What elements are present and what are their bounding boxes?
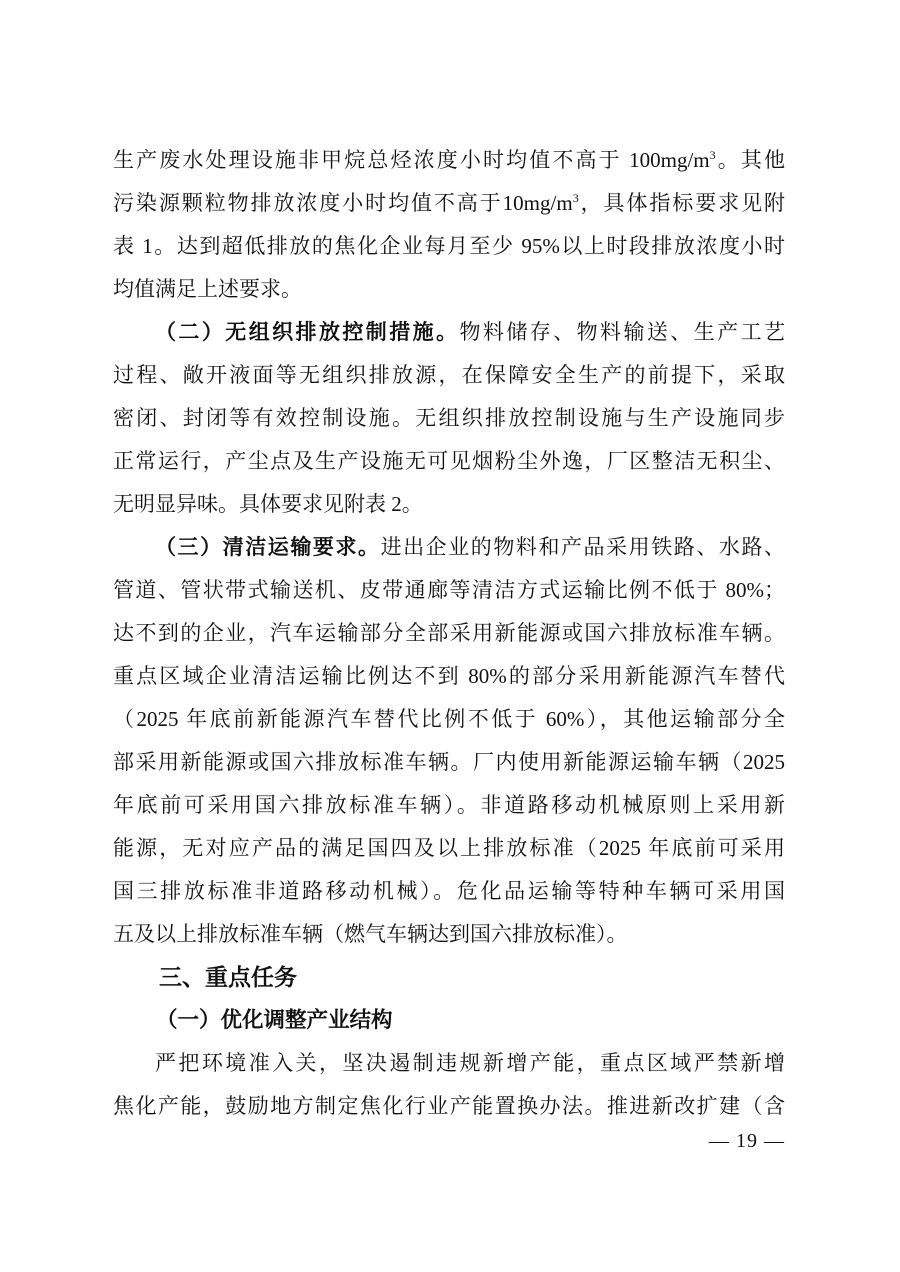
text-segment: 严把环境准入关，坚决遏制违规新增产能，重点区域严禁新增: [155, 1051, 785, 1075]
text-segment: 。其他: [716, 148, 785, 172]
text-line: 国三排放标准非道路移动机械）。危化品运输等特种车辆可采用国: [113, 870, 785, 913]
text-segment: 生产废水处理设施非甲烷总烃浓度小时均值不高于 100mg/m: [113, 148, 710, 172]
text-line: 密闭、封闭等有效控制设施。无组织排放控制设施与生产设施同步: [113, 397, 785, 440]
text-line: 年底前可采用国六排放标准车辆）。非道路移动机械原则上采用新: [113, 784, 785, 827]
text-line: 管道、管状带式输送机、皮带通廊等清洁方式运输比例不低于 80%；: [113, 569, 785, 612]
text-line: 部采用新能源或国六排放标准车辆。厂内使用新能源运输车辆（2025: [113, 741, 785, 784]
subsection-heading-3: （三）清洁运输要求。: [155, 535, 381, 559]
text-segment: 无明显异味。具体要求见附表 2。: [113, 492, 423, 516]
text-line: （三）清洁运输要求。进出企业的物料和产品采用铁路、水路、: [113, 526, 785, 569]
text-line: 焦化产能，鼓励地方制定焦化行业产能置换办法。推进新改扩建（含: [113, 1085, 785, 1128]
text-segment: 均值满足上述要求。: [113, 277, 302, 301]
text-line: （二）无组织排放控制措施。物料储存、物料输送、生产工艺: [113, 311, 785, 354]
document-page: 生产废水处理设施非甲烷总烃浓度小时均值不高于 100mg/m3。其他 污染源颗粒…: [0, 0, 900, 1272]
section-heading: 三、重点任务: [113, 956, 785, 999]
subsection-heading-1: （一）优化调整产业结构: [113, 999, 785, 1042]
subsection-heading-2: （二）无组织排放控制措施。: [155, 320, 460, 344]
text-line: 能源，无对应产品的满足国四及以上排放标准（2025 年底前可采用: [113, 827, 785, 870]
text-line: 达不到的企业，汽车运输部分全部采用新能源或国六排放标准车辆。: [113, 612, 785, 655]
subsection-heading-text: （一）优化调整产业结构: [156, 1008, 393, 1032]
text-segment: （2025 年底前新能源汽车替代比例不低于 60%），其他运输部分全: [113, 707, 785, 731]
text-line: 表 1。达到超低排放的焦化企业每月至少 95%以上时段排放浓度小时: [113, 225, 785, 268]
page-number: — 19 —: [709, 1128, 785, 1154]
text-line: 严把环境准入关，坚决遏制违规新增产能，重点区域严禁新增: [113, 1042, 785, 1085]
text-segment: 表 1。达到超低排放的焦化企业每月至少 95%以上时段排放浓度小时: [113, 234, 785, 258]
text-segment: 年底前可采用国六排放标准车辆）。非道路移动机械原则上采用新: [113, 793, 785, 817]
text-segment: 五及以上排放标准车辆（燃气车辆达到国六排放标准）。: [113, 922, 628, 946]
text-segment: 部采用新能源或国六排放标准车辆。厂内使用新能源运输车辆（2025: [113, 750, 785, 774]
text-line: 五及以上排放标准车辆（燃气车辆达到国六排放标准）。: [113, 913, 785, 956]
text-line: （2025 年底前新能源汽车替代比例不低于 60%），其他运输部分全: [113, 698, 785, 741]
text-segment: 物料储存、物料输送、生产工艺: [460, 320, 786, 344]
text-segment: 重点区域企业清洁运输比例达不到 80%的部分采用新能源汽车替代: [113, 664, 785, 688]
text-line: 过程、敞开液面等无组织排放源，在保障安全生产的前提下，采取: [113, 354, 785, 397]
text-segment: 国三排放标准非道路移动机械）。危化品运输等特种车辆可采用国: [113, 879, 785, 903]
text-segment: 正常运行，产尘点及生产设施无可见烟粉尘外逸，厂区整洁无积尘、: [113, 449, 785, 473]
text-segment: 达不到的企业，汽车运输部分全部采用新能源或国六排放标准车辆。: [113, 621, 785, 645]
text-segment: 密闭、封闭等有效控制设施。无组织排放控制设施与生产设施同步: [113, 406, 785, 430]
text-segment: 能源，无对应产品的满足国四及以上排放标准（2025 年底前可采用: [113, 836, 785, 860]
text-line: 无明显异味。具体要求见附表 2。: [113, 483, 785, 526]
text-segment: 进出企业的物料和产品采用铁路、水路、: [381, 535, 785, 559]
text-segment: ，具体指标要求见附: [579, 191, 785, 215]
text-line: 污染源颗粒物排放浓度小时均值不高于10mg/m3，具体指标要求见附: [113, 182, 785, 225]
text-segment: 管道、管状带式输送机、皮带通廊等清洁方式运输比例不低于 80%；: [113, 578, 785, 602]
section-heading-text: 三、重点任务: [159, 964, 297, 990]
text-segment: 过程、敞开液面等无组织排放源，在保障安全生产的前提下，采取: [113, 363, 785, 387]
text-line: 正常运行，产尘点及生产设施无可见烟粉尘外逸，厂区整洁无积尘、: [113, 440, 785, 483]
text-segment: 焦化产能，鼓励地方制定焦化行业产能置换办法。推进新改扩建（含: [113, 1094, 785, 1118]
text-line: 重点区域企业清洁运输比例达不到 80%的部分采用新能源汽车替代: [113, 655, 785, 698]
text-segment: 污染源颗粒物排放浓度小时均值不高于10mg/m: [113, 191, 573, 215]
text-line: 生产废水处理设施非甲烷总烃浓度小时均值不高于 100mg/m3。其他: [113, 139, 785, 182]
text-line: 均值满足上述要求。: [113, 268, 785, 311]
document-body: 生产废水处理设施非甲烷总烃浓度小时均值不高于 100mg/m3。其他 污染源颗粒…: [113, 139, 785, 1128]
